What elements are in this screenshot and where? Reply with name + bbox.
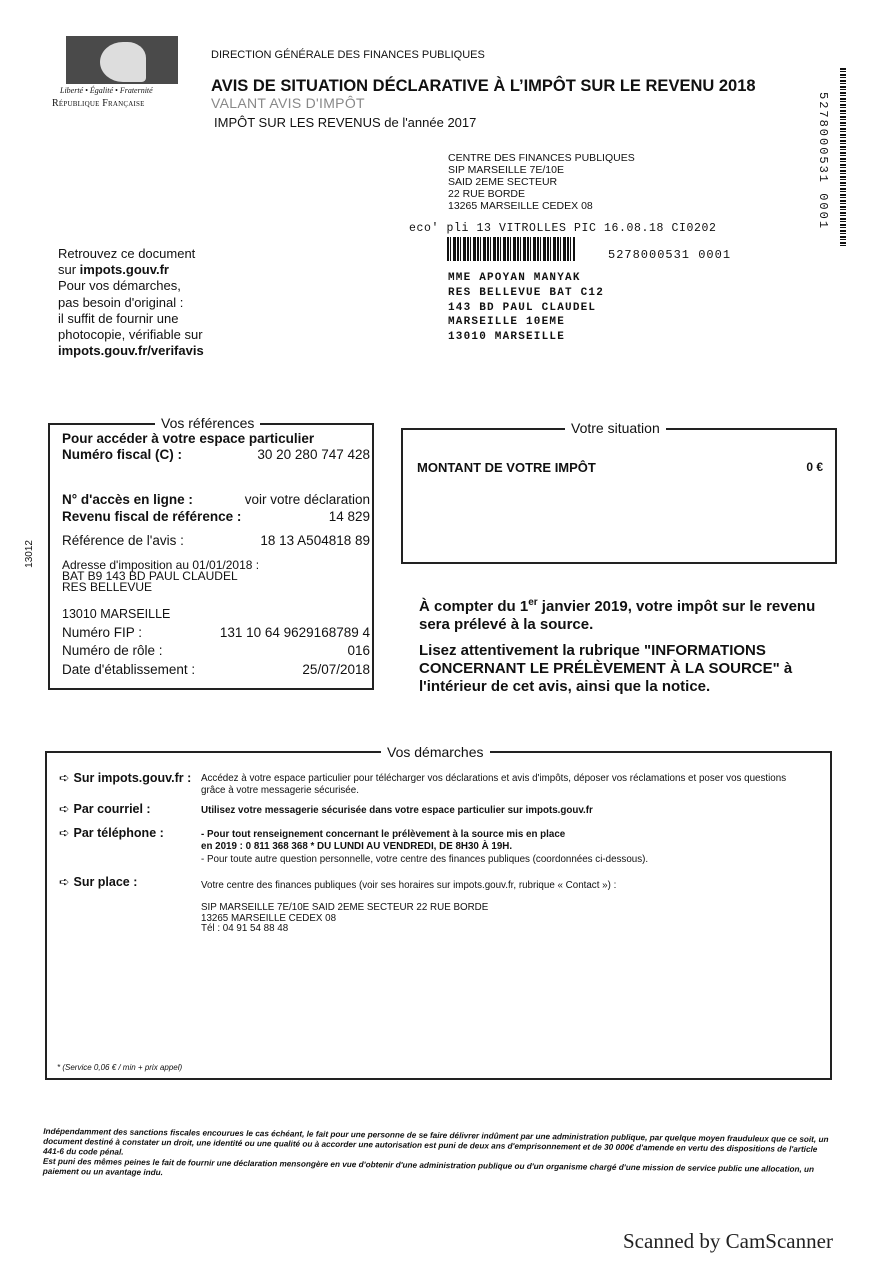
- ecopli-postmark: eco' pli 13 VITROLLES PIC 16.08.18 CI020…: [409, 222, 717, 235]
- demarche-courriel-label: ➪Par courriel :: [59, 801, 151, 816]
- demarches-legend: Vos démarches: [381, 744, 490, 760]
- notice-line: pas besoin d'original :: [58, 295, 204, 311]
- impots-link[interactable]: impots.gouv.fr: [80, 262, 169, 277]
- online-notice: Retrouvez ce document sur impots.gouv.fr…: [58, 246, 204, 359]
- numero-fiscal-row: Numéro fiscal (C) : 30 20 280 747 428: [62, 447, 370, 462]
- ref-avis-row: Référence de l'avis : 18 13 A504818 89: [62, 533, 370, 548]
- marianne-icon: [66, 36, 178, 84]
- references-box: Vos références Pour accéder à votre espa…: [48, 423, 374, 690]
- acces-row: N° d'accès en ligne : voir votre déclara…: [62, 492, 370, 507]
- adresse-ville: 13010 MARSEILLE: [62, 607, 370, 621]
- situation-legend: Votre situation: [565, 420, 666, 436]
- republique-francaise-logo: Liberté • Égalité • Fraternité Républiqu…: [44, 36, 190, 116]
- date-row: Date d'établissement : 25/07/2018: [62, 662, 370, 677]
- source-paragraph-2: Lisez attentivement la rubrique "INFORMA…: [419, 642, 829, 696]
- sender-line: SIP MARSEILLE 7E/10E: [448, 164, 635, 176]
- source-paragraph-1: À compter du 1er janvier 2019, votre imp…: [419, 594, 829, 634]
- document-title: AVIS DE SITUATION DÉCLARATIVE À L’IMPÔT …: [211, 77, 756, 96]
- rfr-row: Revenu fiscal de référence : 14 829: [62, 509, 370, 524]
- fip-row: Numéro FIP : 131 10 64 9629168789 4: [62, 625, 370, 640]
- sender-line: 22 RUE BORDE: [448, 188, 635, 200]
- rfr-value: 14 829: [329, 509, 370, 524]
- recipient-line: 13010 MARSEILLE: [448, 330, 604, 345]
- recipient-line: 143 BD PAUL CLAUDEL: [448, 301, 604, 316]
- vertical-barcode: 5278000531 0001: [818, 68, 858, 250]
- scanner-watermark: Scanned by CamScanner: [623, 1229, 833, 1254]
- sender-line: 13265 MARSEILLE CEDEX 08: [448, 200, 635, 212]
- notice-line: photocopie, vérifiable sur: [58, 327, 204, 343]
- recipient-line: RES BELLEVUE BAT C12: [448, 286, 604, 301]
- barcode-icon: [447, 237, 575, 261]
- direction-name: DIRECTION GÉNÉRALE DES FINANCES PUBLIQUE…: [211, 49, 485, 61]
- logo-republic: République Française: [52, 98, 145, 109]
- demarches-box: Vos démarches ➪Sur impots.gouv.fr : Accé…: [45, 751, 832, 1080]
- sender-address: CENTRE DES FINANCES PUBLIQUES SIP MARSEI…: [448, 152, 635, 212]
- notice-line: sur impots.gouv.fr: [58, 262, 204, 278]
- references-heading: Pour accéder à votre espace particulier: [62, 431, 370, 446]
- sender-line: CENTRE DES FINANCES PUBLIQUES: [448, 152, 635, 164]
- document-subtitle: VALANT AVIS D'IMPÔT: [211, 95, 365, 111]
- numero-fiscal: 30 20 280 747 428: [257, 447, 370, 462]
- recipient-address: MME APOYAN MANYAK RES BELLEVUE BAT C12 1…: [448, 271, 604, 345]
- vertical-code: 5278000531 0001: [816, 92, 830, 230]
- demarche-place-text: Votre centre des finances publiques (voi…: [201, 880, 790, 892]
- situation-box: Votre situation MONTANT DE VOTRE IMPÔT 0…: [401, 428, 837, 564]
- recipient-line: MME APOYAN MANYAK: [448, 271, 604, 286]
- demarche-telephone-label: ➪Par téléphone :: [59, 825, 164, 840]
- demarche-web-label: ➪Sur impots.gouv.fr :: [59, 770, 191, 785]
- arrow-right-icon: ➪: [59, 802, 69, 816]
- income-year: IMPÔT SUR LES REVENUS de l'année 2017: [214, 115, 476, 130]
- legal-notice: Indépendamment des sanctions fiscales en…: [43, 1127, 833, 1185]
- montant-label: MONTANT DE VOTRE IMPÔT: [417, 460, 596, 475]
- adresse-imposition: BAT B9 143 BD PAUL CLAUDEL RES BELLEVUE: [62, 571, 370, 593]
- demarche-telephone-bold: - Pour tout renseignement concernant le …: [201, 829, 570, 852]
- side-code: 13012: [24, 540, 35, 568]
- barcode-number: 5278000531 0001: [608, 248, 731, 262]
- role-row: Numéro de rôle : 016: [62, 643, 370, 658]
- notice-line: Pour vos démarches,: [58, 278, 204, 294]
- demarche-web-text: Accédez à votre espace particulier pour …: [201, 773, 790, 796]
- demarche-courriel-text: Utilisez votre messagerie sécurisée dans…: [201, 805, 790, 817]
- verifavis-link[interactable]: impots.gouv.fr/verifavis: [58, 343, 204, 358]
- service-footnote: * (Service 0,06 € / min + prix appel): [57, 1063, 182, 1072]
- sender-line: SAID 2EME SECTEUR: [448, 176, 635, 188]
- demarche-telephone-text: - Pour toute autre question personnelle,…: [201, 854, 790, 866]
- demarche-place-label: ➪Sur place :: [59, 874, 137, 889]
- arrow-right-icon: ➪: [59, 826, 69, 840]
- arrow-right-icon: ➪: [59, 771, 69, 785]
- arrow-right-icon: ➪: [59, 875, 69, 889]
- barcode-icon: [840, 68, 846, 248]
- references-legend: Vos références: [155, 415, 260, 431]
- notice-line: il suffit de fournir une: [58, 311, 204, 327]
- recipient-line: MARSEILLE 10EME: [448, 315, 604, 330]
- logo-motto: Liberté • Égalité • Fraternité: [60, 86, 153, 95]
- notice-line: Retrouvez ce document: [58, 246, 204, 262]
- prelevement-source-notice: À compter du 1er janvier 2019, votre imp…: [419, 594, 829, 704]
- demarche-place-address: SIP MARSEILLE 7E/10E SAID 2EME SECTEUR 2…: [201, 903, 790, 935]
- montant-value: 0 €: [806, 460, 823, 474]
